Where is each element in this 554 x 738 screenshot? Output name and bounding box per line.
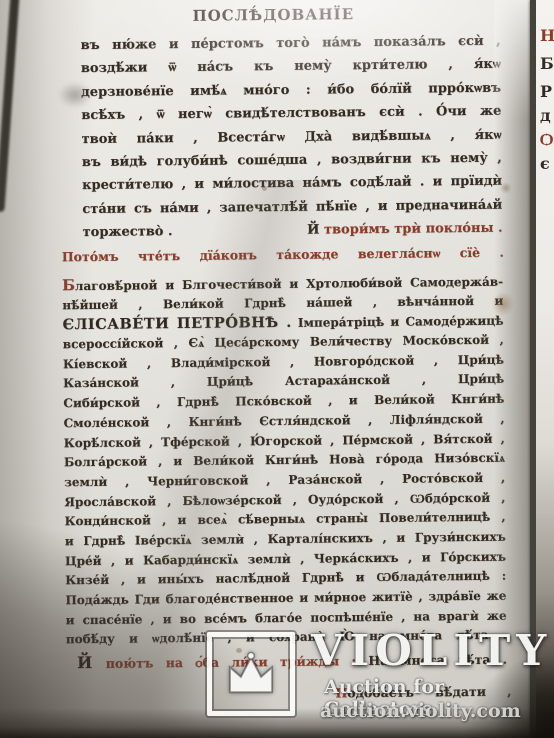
text-segment: Каза́нской , Цри́цѣ Астараха́нской , Цри… [63, 372, 504, 391]
text-line: Пото́мъ чте́тъ дїа́конъ та́кожде велегла… [62, 243, 504, 268]
facing-page-letter: Ѻ [540, 130, 553, 150]
text-segment: въ ню́же и пе́рстомъ того̀ на́мъ показа́… [81, 34, 501, 53]
text-segment: лаговѣ́рной и Блгочести́вой и Хртолюби́в… [75, 275, 503, 293]
text-line: Й пою́тъ на ѻ́ба ли́ки три́жды : На мно́… [77, 648, 507, 675]
facing-page-letters: НБРдѺє [540, 0, 554, 300]
text-segment: На мно́га лѣ́та . [368, 652, 507, 668]
paragraph-stichera: въ ню́же и пе́рстомъ того̀ на́мъ показа́… [80, 30, 502, 245]
facing-page-letter: Н [540, 26, 554, 45]
text-segment: побѣ́ду и ѡдолѣ́нїе , и сохранѝ Ю̀ на мн… [66, 628, 507, 647]
facing-page-letter: Р [540, 82, 552, 101]
text-segment: Сиби́рской , Гдрнѣ̀ Пско́вской , и Вели́… [63, 392, 504, 411]
text-segment: твоѝ па́ки , Всеста́гѡ Дха̀ видѣ́вшыѧ , … [82, 127, 502, 146]
text-segment: торжество̀ . [82, 220, 172, 244]
book-photo: ПОСЛѢ́ДОВАНЇЕ въ ню́же и пе́рстомъ того̀… [0, 0, 554, 738]
text-segment: твори́мъ трѝ покло́ны . [324, 221, 503, 238]
text-segment: всероссі́йской , Єѧ̀ Цеса́рскому Вели́че… [63, 333, 504, 352]
page-text: ПОСЛѢ́ДОВАНЇЕ въ ню́же и пе́рстомъ того̀… [0, 0, 554, 738]
text-segment: Кі́евской , Влади́мірской , Новгоро́дско… [63, 352, 504, 371]
text-segment: одоба́етъ вѣ́дати , [347, 684, 511, 701]
text-segment: всѣ́хъ , ѿ негѡ̀ свидѣ́телствованъ єсѝ .… [81, 104, 501, 123]
text-segment: Й [307, 223, 324, 238]
facing-page-letter: д [540, 106, 551, 125]
text-segment: землѝ , Черни́говской , Раза́нской , Рос… [64, 470, 505, 489]
text-segment: Цре́й , и Кабарди́нскїѧ землѝ , Черка́ск… [65, 549, 506, 568]
text-segment: Корѣ́лской , Тфе́рской , Ю́горской , Пе́… [64, 431, 505, 450]
rubric-mnogaya-leta: Й пою́тъ на ѻ́ба ли́ки три́жды : На мно́… [77, 648, 507, 675]
text-segment: Смоле́нской , Кнги́нѣ Єстля́ндской , Ліф… [63, 411, 504, 430]
text-segment: Кнзе́й , и ины́хъ наслѣ́дной Гдрнѣ̀ и Ѡб… [65, 569, 506, 588]
text-segment: Пода́ждь Гди благоде́нственное и ми́рное… [65, 589, 506, 608]
text-segment: Імпера́тріцѣ и Самоде́ржицѣ [292, 314, 504, 330]
paragraph-imperial-titles: Благовѣ́рной и Блгочести́вой и Хртолюби́… [62, 272, 507, 651]
text-segment: дерзнове́нїе имѣ́ѧ мно́го : и́бо бо́лїй … [81, 80, 501, 99]
text-segment: Яросла́вской , Бѣлоѡзе́рской , Оудо́рско… [64, 490, 505, 509]
facing-page-letter: Б [540, 54, 554, 73]
text-segment: ЄЛІСАВЕ́ТИ ПЕТРО́ВНѢ . [62, 314, 291, 333]
text-segment: Конди́нской , и всеѧ̀ сѣ́верныѧ страны̀ … [65, 510, 506, 529]
text-segment: Й твори́мъ трѝ покло́ны . [307, 217, 503, 242]
text-segment: ста́ни съ на́ми , запечатлѣ́й пѣ́нїе , и… [82, 197, 502, 216]
text-segment: пою́тъ на ѻ́ба ли́ки три́жды : [106, 653, 369, 671]
text-segment: въ ви́дѣ голуби́нѣ соше́дша , воздви́гни… [82, 151, 502, 170]
text-line: Подоба́етъ вѣ́дати , [335, 682, 511, 704]
text-segment: Й [77, 653, 106, 672]
text-line: торжество̀ .Й твори́мъ трѝ покло́ны . [82, 217, 502, 245]
text-segment: Б [62, 276, 75, 294]
text-segment: и Гдрнѣ̀ Іве́рскїѧ землѝ , Карталі́нских… [65, 530, 506, 549]
text-segment: Пото́мъ чте́тъ дїа́конъ та́кожде велегла… [62, 245, 504, 265]
text-segment: крести́телю , и ми́лостива на́мъ содѣ́ла… [82, 174, 502, 193]
page-title: ПОСЛѢ́ДОВАНЇЕ [0, 3, 550, 27]
text-segment: воздѣ́жи ѿ на́съ къ нему̀ крти́телю , я́… [81, 57, 501, 76]
rubric-line: Пото́мъ чте́тъ дїа́конъ та́кожде велегла… [62, 243, 504, 268]
text-line: побѣ́ду и ѡдолѣ́нїе , и сохранѝ Ю̀ на мн… [66, 626, 507, 650]
facing-page-letter: є [540, 154, 550, 173]
text-segment: П [335, 685, 347, 700]
text-segment: Болга́рской , и Вели́кой Кнги́нѣ Нова̀ г… [64, 451, 505, 470]
partial-line: Подоба́етъ вѣ́дати , [335, 682, 511, 704]
text-segment: и спасе́нїе , и во все́мъ благо́е поспѣш… [66, 608, 507, 627]
